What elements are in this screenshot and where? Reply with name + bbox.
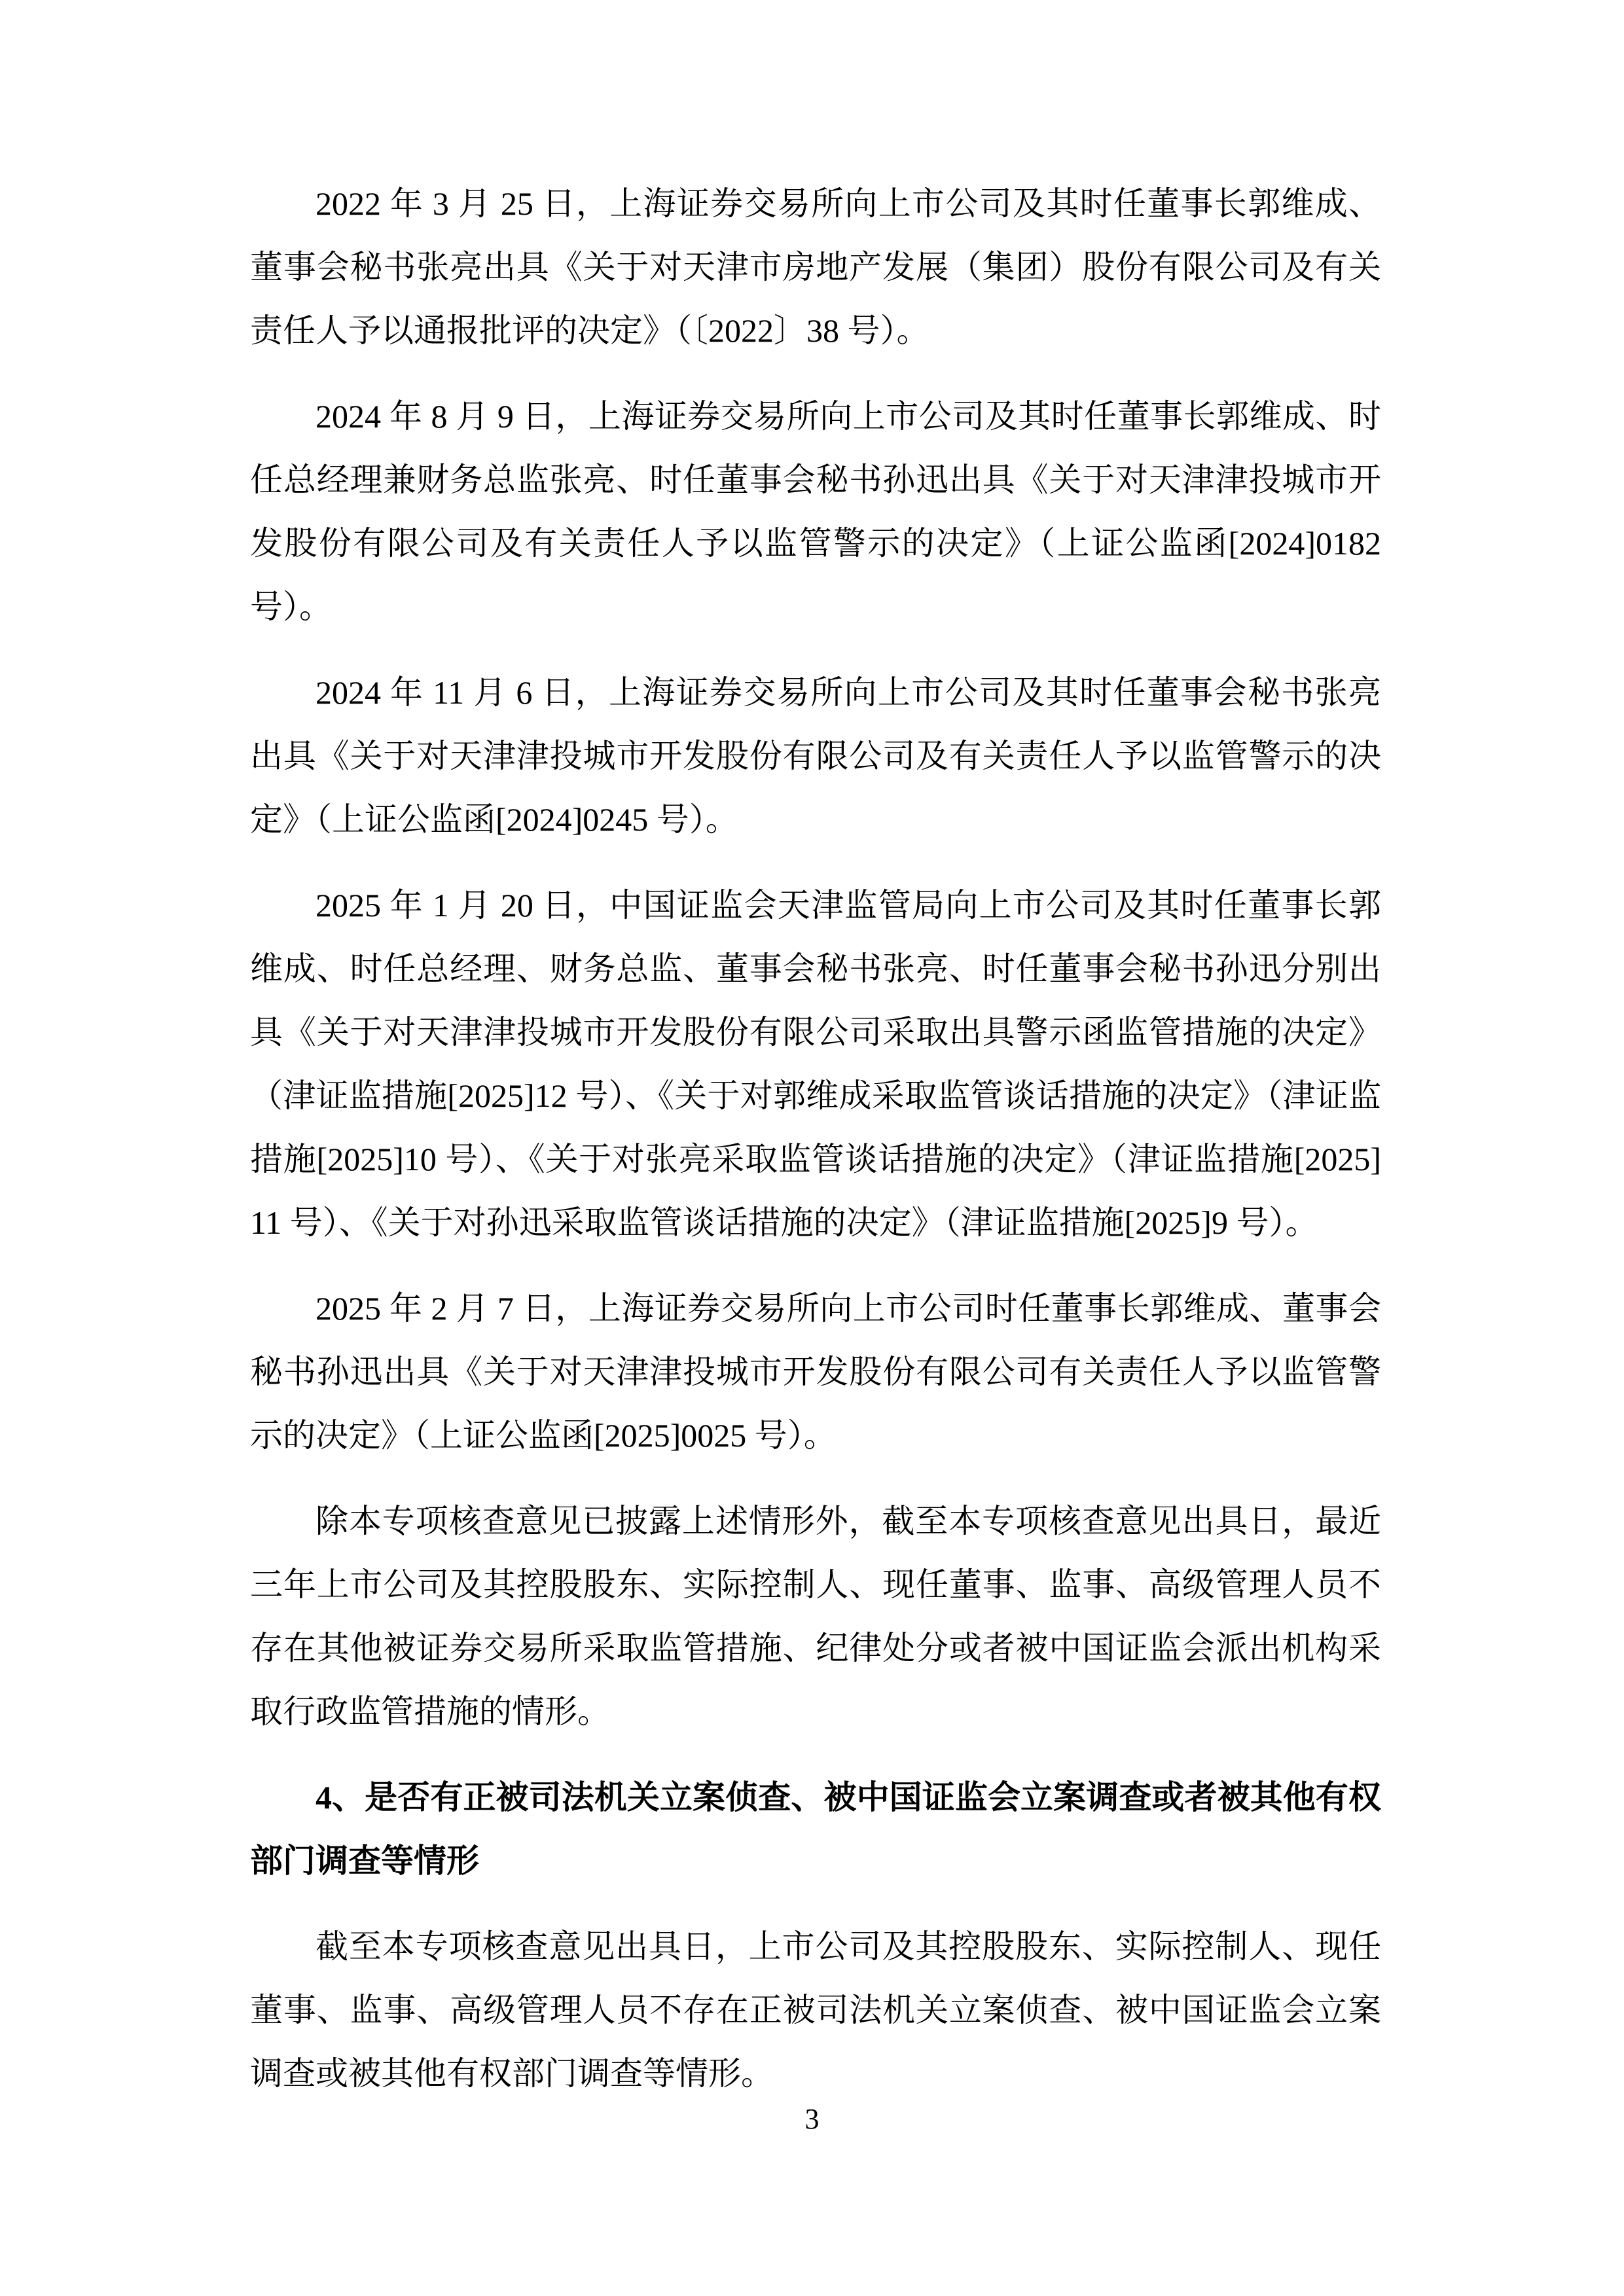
document-content: 2022 年 3 月 25 日，上海证券交易所向上市公司及其时任董事长郭维成、董… <box>250 172 1381 2106</box>
paragraph-2025-02-07: 2025 年 2 月 7 日，上海证券交易所向上市公司时任董事长郭维成、董事会秘… <box>250 1277 1381 1467</box>
paragraph-2024-11-06: 2024 年 11 月 6 日，上海证券交易所向上市公司及其时任董事会秘书张亮出… <box>250 661 1381 852</box>
paragraph-2024-08-09: 2024 年 8 月 9 日，上海证券交易所向上市公司及其时任董事长郭维成、时任… <box>250 385 1381 639</box>
page-number: 3 <box>0 2102 1624 2136</box>
paragraph-2022-03-25: 2022 年 3 月 25 日，上海证券交易所向上市公司及其时任董事长郭维成、董… <box>250 172 1381 363</box>
paragraph-no-investigation: 截至本专项核查意见出具日，上市公司及其控股股东、实际控制人、现任董事、监事、高级… <box>250 1915 1381 2106</box>
paragraph-2025-01-20: 2025 年 1 月 20 日，中国证监会天津监管局向上市公司及其时任董事长郭维… <box>250 874 1381 1255</box>
paragraph-no-other-measures: 除本专项核查意见已披露上述情形外，截至本专项核查意见出具日，最近三年上市公司及其… <box>250 1490 1381 1744</box>
section-heading-4: 4、是否有正被司法机关立案侦查、被中国证监会立案调查或者被其他有权部门调查等情形 <box>250 1766 1381 1893</box>
document-page: 2022 年 3 月 25 日，上海证券交易所向上市公司及其时任董事长郭维成、董… <box>0 0 1624 2296</box>
